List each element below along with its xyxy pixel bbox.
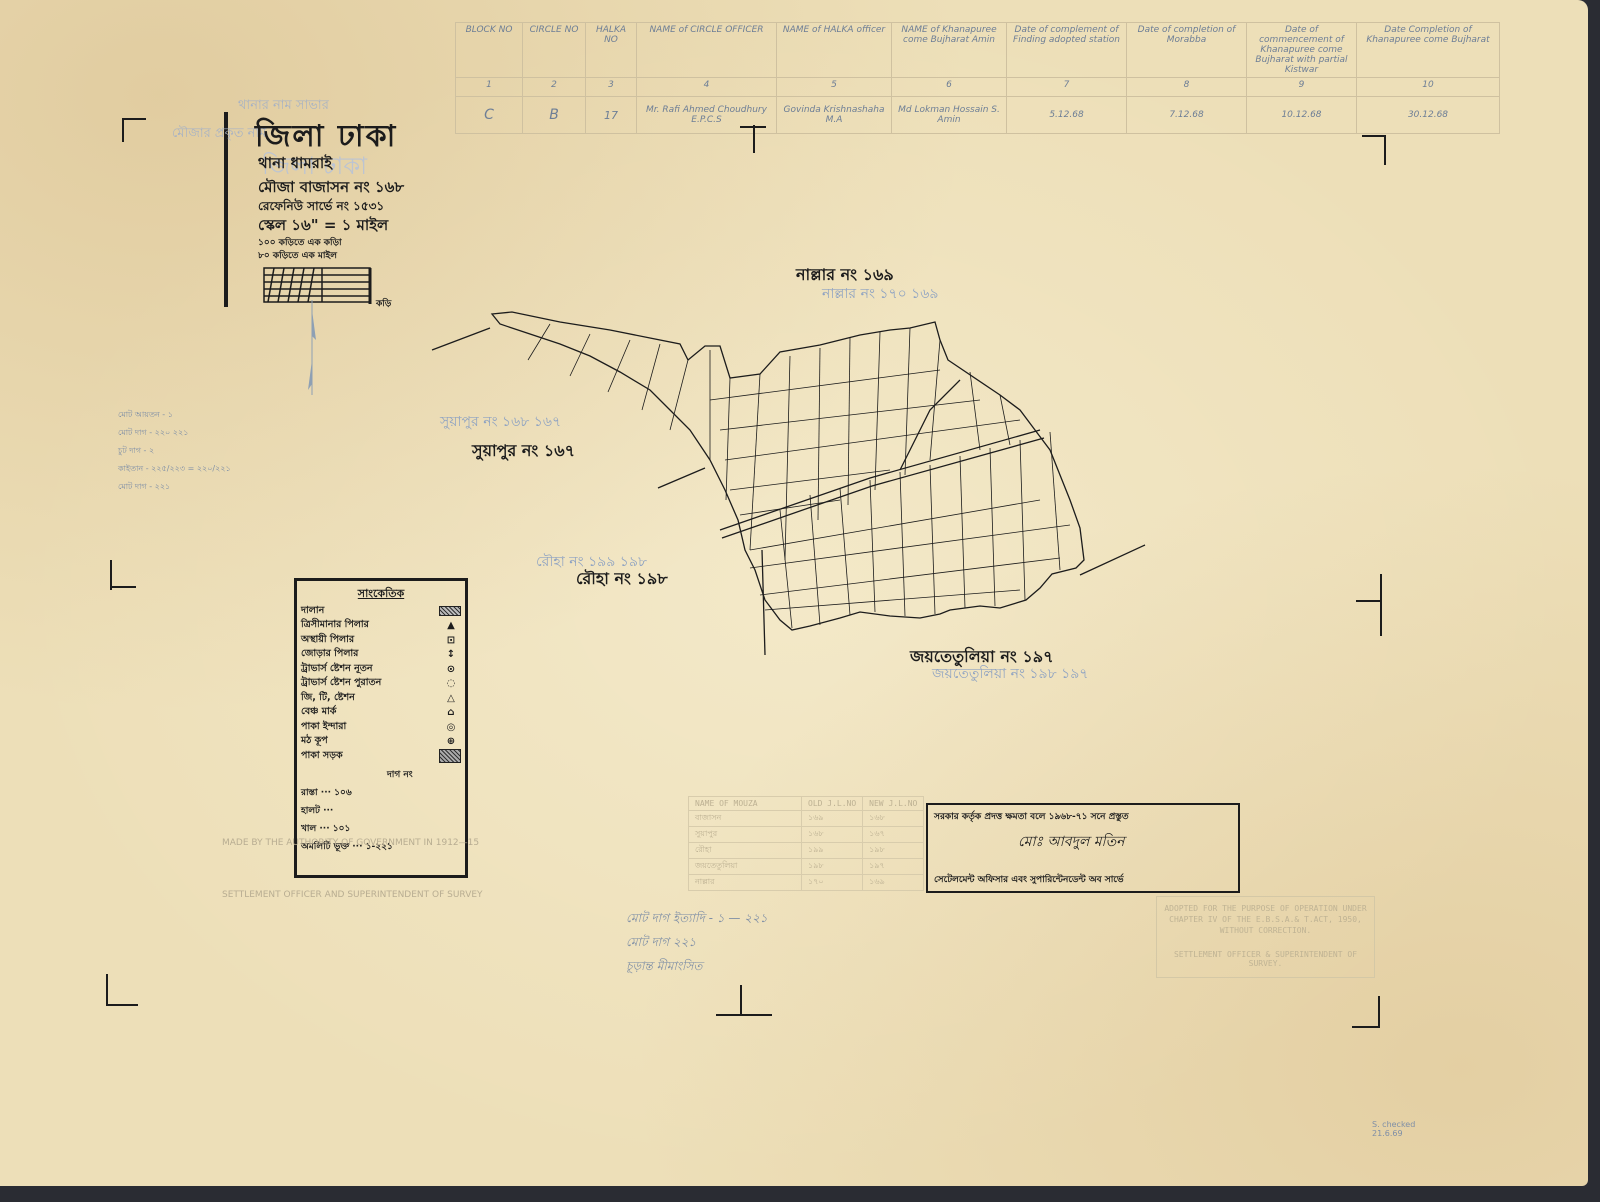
corner-mark (1362, 135, 1386, 165)
dag-item: হালট ··· (297, 800, 465, 818)
header-cell: Date of complement of Finding adopted st… (1007, 23, 1127, 78)
column-number: 1 (456, 78, 523, 97)
pucca-road-icon (439, 749, 461, 763)
halka-no: 17 (586, 97, 637, 134)
tick-mark (716, 1014, 772, 1016)
tick-mark (740, 126, 766, 128)
legend-title: সাংকেতিক (297, 585, 465, 604)
legend-item: অস্থায়ী পিলার⊡ (297, 633, 465, 648)
tick-mark (1356, 600, 1382, 602)
scale-bar-unit: কড়ি (376, 296, 391, 311)
certificate-line-1: সরকার কর্তৃক প্রদত্ত ক্ষমতা বলে ১৯৬৮-৭১ … (928, 805, 1238, 828)
header-cell: CIRCLE NO (523, 23, 586, 78)
survey-header-table: BLOCK NO CIRCLE NO HALKA NO NAME of CIRC… (455, 22, 1500, 134)
map-sheet: BLOCK NO CIRCLE NO HALKA NO NAME of CIRC… (0, 0, 1588, 1186)
pencil-note-bottom-right: S. checked 21.6.69 (1372, 1120, 1422, 1138)
legend-item: মঠ কূপ⊕ (297, 735, 465, 750)
pencil-note-center: মোট দাগ ইত্যাদি - ১ — ২২১ মোট দাগ ২২১ চূ… (626, 906, 768, 978)
header-cell: BLOCK NO (456, 23, 523, 78)
tick-mark (110, 586, 136, 588)
date-morabba: 7.12.68 (1127, 97, 1247, 134)
header-cell: Date Completion of Khanapuree come Bujha… (1357, 23, 1500, 78)
table-row: রৌহা১৯৯১৯৮ (689, 843, 924, 859)
corner-mark (106, 974, 138, 1006)
header-cell: Date of completion of Morabba (1127, 23, 1247, 78)
corner-mark (122, 118, 146, 142)
tick-mark (1380, 574, 1382, 636)
header-cell: NAME of CIRCLE OFFICER (637, 23, 777, 78)
certificate-line-2: সেটেলমেন্ট অফিসার এবং সুপারিন্টেনডেন্ট অ… (934, 872, 1124, 887)
table-header: OLD J.L.NO (802, 797, 863, 811)
stamp-officer: SETTLEMENT OFFICER & SUPERINTENDENT OF S… (1157, 936, 1374, 968)
legend-item: পাকা সড়ক (297, 749, 465, 764)
column-number: 2 (523, 78, 586, 97)
table-header: NAME OF MOUZA (689, 797, 802, 811)
traverse-station-old-icon: ◌ (441, 678, 461, 689)
side-notes: মোট আয়তন - ১ মোট দাগ - ২২০ ২২১ চুট দাগ … (118, 406, 231, 496)
stamp-text: ADOPTED FOR THE PURPOSE OF OPERATION UND… (1157, 897, 1374, 936)
header-cell: NAME of HALKA officer (777, 23, 892, 78)
legend-item: পাকা ইন্দারা◎ (297, 720, 465, 735)
column-number: 5 (777, 78, 892, 97)
gt-station-icon: △ (441, 693, 461, 704)
dag-item: রাস্তা ··· ১০৬ (297, 782, 465, 800)
table-row: সুয়াপুর১৬৮১৬৭ (689, 827, 924, 843)
mouza-jl-table: NAME OF MOUZA OLD J.L.NO NEW J.L.NO বাজা… (688, 796, 924, 891)
column-number: 8 (1127, 78, 1247, 97)
authority-text: MADE BY THE AUTHORITY OF GOVERNMENT IN 1… (222, 838, 479, 848)
side-note-line: চুট দাগ - ২ (118, 442, 231, 460)
table-row: বাজাসন১৬৯১৬৮ (689, 811, 924, 827)
legend-item: ট্রাভার্স ষ্টেশন পুরাতন◌ (297, 677, 465, 692)
column-number: 4 (637, 78, 777, 97)
adjacent-mouza-old-label: সুয়াপুর নং ১৬৮ ১৬৭ (440, 410, 561, 434)
north-arrow (302, 300, 322, 400)
header-cell: HALKA NO (586, 23, 637, 78)
column-number: 6 (892, 78, 1007, 97)
tri-junction-pillar-icon: ▲ (441, 620, 461, 631)
amin-name: Md Lokman Hossain S. Amin (892, 97, 1007, 134)
side-note-line: মোট দাগ - ২২১ (118, 478, 231, 496)
table-row: জয়তেতুলিয়া১৯৮১৯৭ (689, 859, 924, 875)
adjacent-mouza-north: নাল্লার নং ১৬৯ (796, 262, 894, 289)
column-number: 7 (1007, 78, 1127, 97)
legend-item: জি, টি, ষ্টেশন△ (297, 691, 465, 706)
certificate-box: সরকার কর্তৃক প্রদত্ত ক্ষমতা বলে ১৯৬৮-৭১ … (926, 803, 1240, 893)
date-commencement: 10.12.68 (1247, 97, 1357, 134)
column-number: 9 (1247, 78, 1357, 97)
officer-signature: মোঃ আবদুল মতিন (928, 828, 1238, 854)
bench-mark-icon: ⌂ (441, 707, 461, 718)
header-cell: Date of commencement of Khanapuree come … (1247, 23, 1357, 78)
legend-item: বেঞ্চ মার্ক⌂ (297, 706, 465, 721)
dag-header: দাগ নং (297, 764, 465, 782)
column-number: 3 (586, 78, 637, 97)
tick-mark (740, 985, 742, 1015)
pencil-note-line: মোট দাগ ইত্যাদি - ১ — ২২১ (626, 906, 768, 930)
table-header: NEW J.L.NO (863, 797, 924, 811)
scale-note-2: ৮০ কড়িতে এক মাইল (258, 248, 337, 263)
math-well-icon: ⊕ (441, 736, 461, 747)
circle-no: B (523, 97, 586, 134)
halka-officer: Govinda Krishnashaha M.A (777, 97, 892, 134)
thana-name: থানা ধামরাই (258, 152, 332, 177)
adjacent-mouza-old-label: জয়তেতুলিয়া নং ১৯৮ ১৯৭ (932, 662, 1088, 686)
column-number: 10 (1357, 78, 1500, 97)
side-note-line: মোট আয়তন - ১ (118, 406, 231, 424)
legend-item: ত্রিসীমানার পিলার▲ (297, 619, 465, 634)
dag-item: খাল ··· ১০১ (297, 818, 465, 836)
tick-mark (753, 125, 755, 153)
side-note-line: মোট দাগ - ২২০ ২২১ (118, 424, 231, 442)
adjacent-mouza-west: সুয়াপুর নং ১৬৭ (472, 438, 575, 465)
legend-item: দালান (297, 604, 465, 619)
date-completion: 30.12.68 (1357, 97, 1500, 134)
header-cell: NAME of Khanapuree come Bujharat Amin (892, 23, 1007, 78)
traverse-station-new-icon: ⊙ (441, 664, 461, 675)
adoption-stamp: ADOPTED FOR THE PURPOSE OF OPERATION UND… (1156, 896, 1375, 978)
legend-item: জোড়ার পিলার↕ (297, 648, 465, 663)
building-hatch-icon (439, 606, 461, 616)
side-note-line: কাইতান - ২২৫/২২৩ = ২২০/২২১ (118, 460, 231, 478)
pencil-note-line: চূড়ান্ত মীমাংসিত (626, 954, 768, 978)
settlement-officer-text: SETTLEMENT OFFICER AND SUPERINTENDENT OF… (222, 890, 483, 900)
date-station: 5.12.68 (1007, 97, 1127, 134)
map-legend: সাংকেতিক দালান ত্রিসীমানার পিলার▲ অস্থায… (294, 578, 468, 878)
pencil-note-line: মোট দাগ ২২১ (626, 930, 768, 954)
legend-item: ট্রাভার্স ষ্টেশন নূতন⊙ (297, 662, 465, 677)
faint-underlay-text: মৌজার প্রকৃত নাম (172, 124, 266, 145)
adjacent-mouza-southwest: রৌহা নং ১৯৮ (576, 566, 668, 593)
table-row: নাল্লার১৭০১৬৯ (689, 875, 924, 891)
corner-mark (1352, 996, 1380, 1028)
junction-pillar-icon: ↕ (441, 649, 461, 660)
pucca-well-icon: ◎ (441, 722, 461, 733)
temporary-pillar-icon: ⊡ (441, 635, 461, 646)
cadastral-map (420, 300, 1150, 660)
